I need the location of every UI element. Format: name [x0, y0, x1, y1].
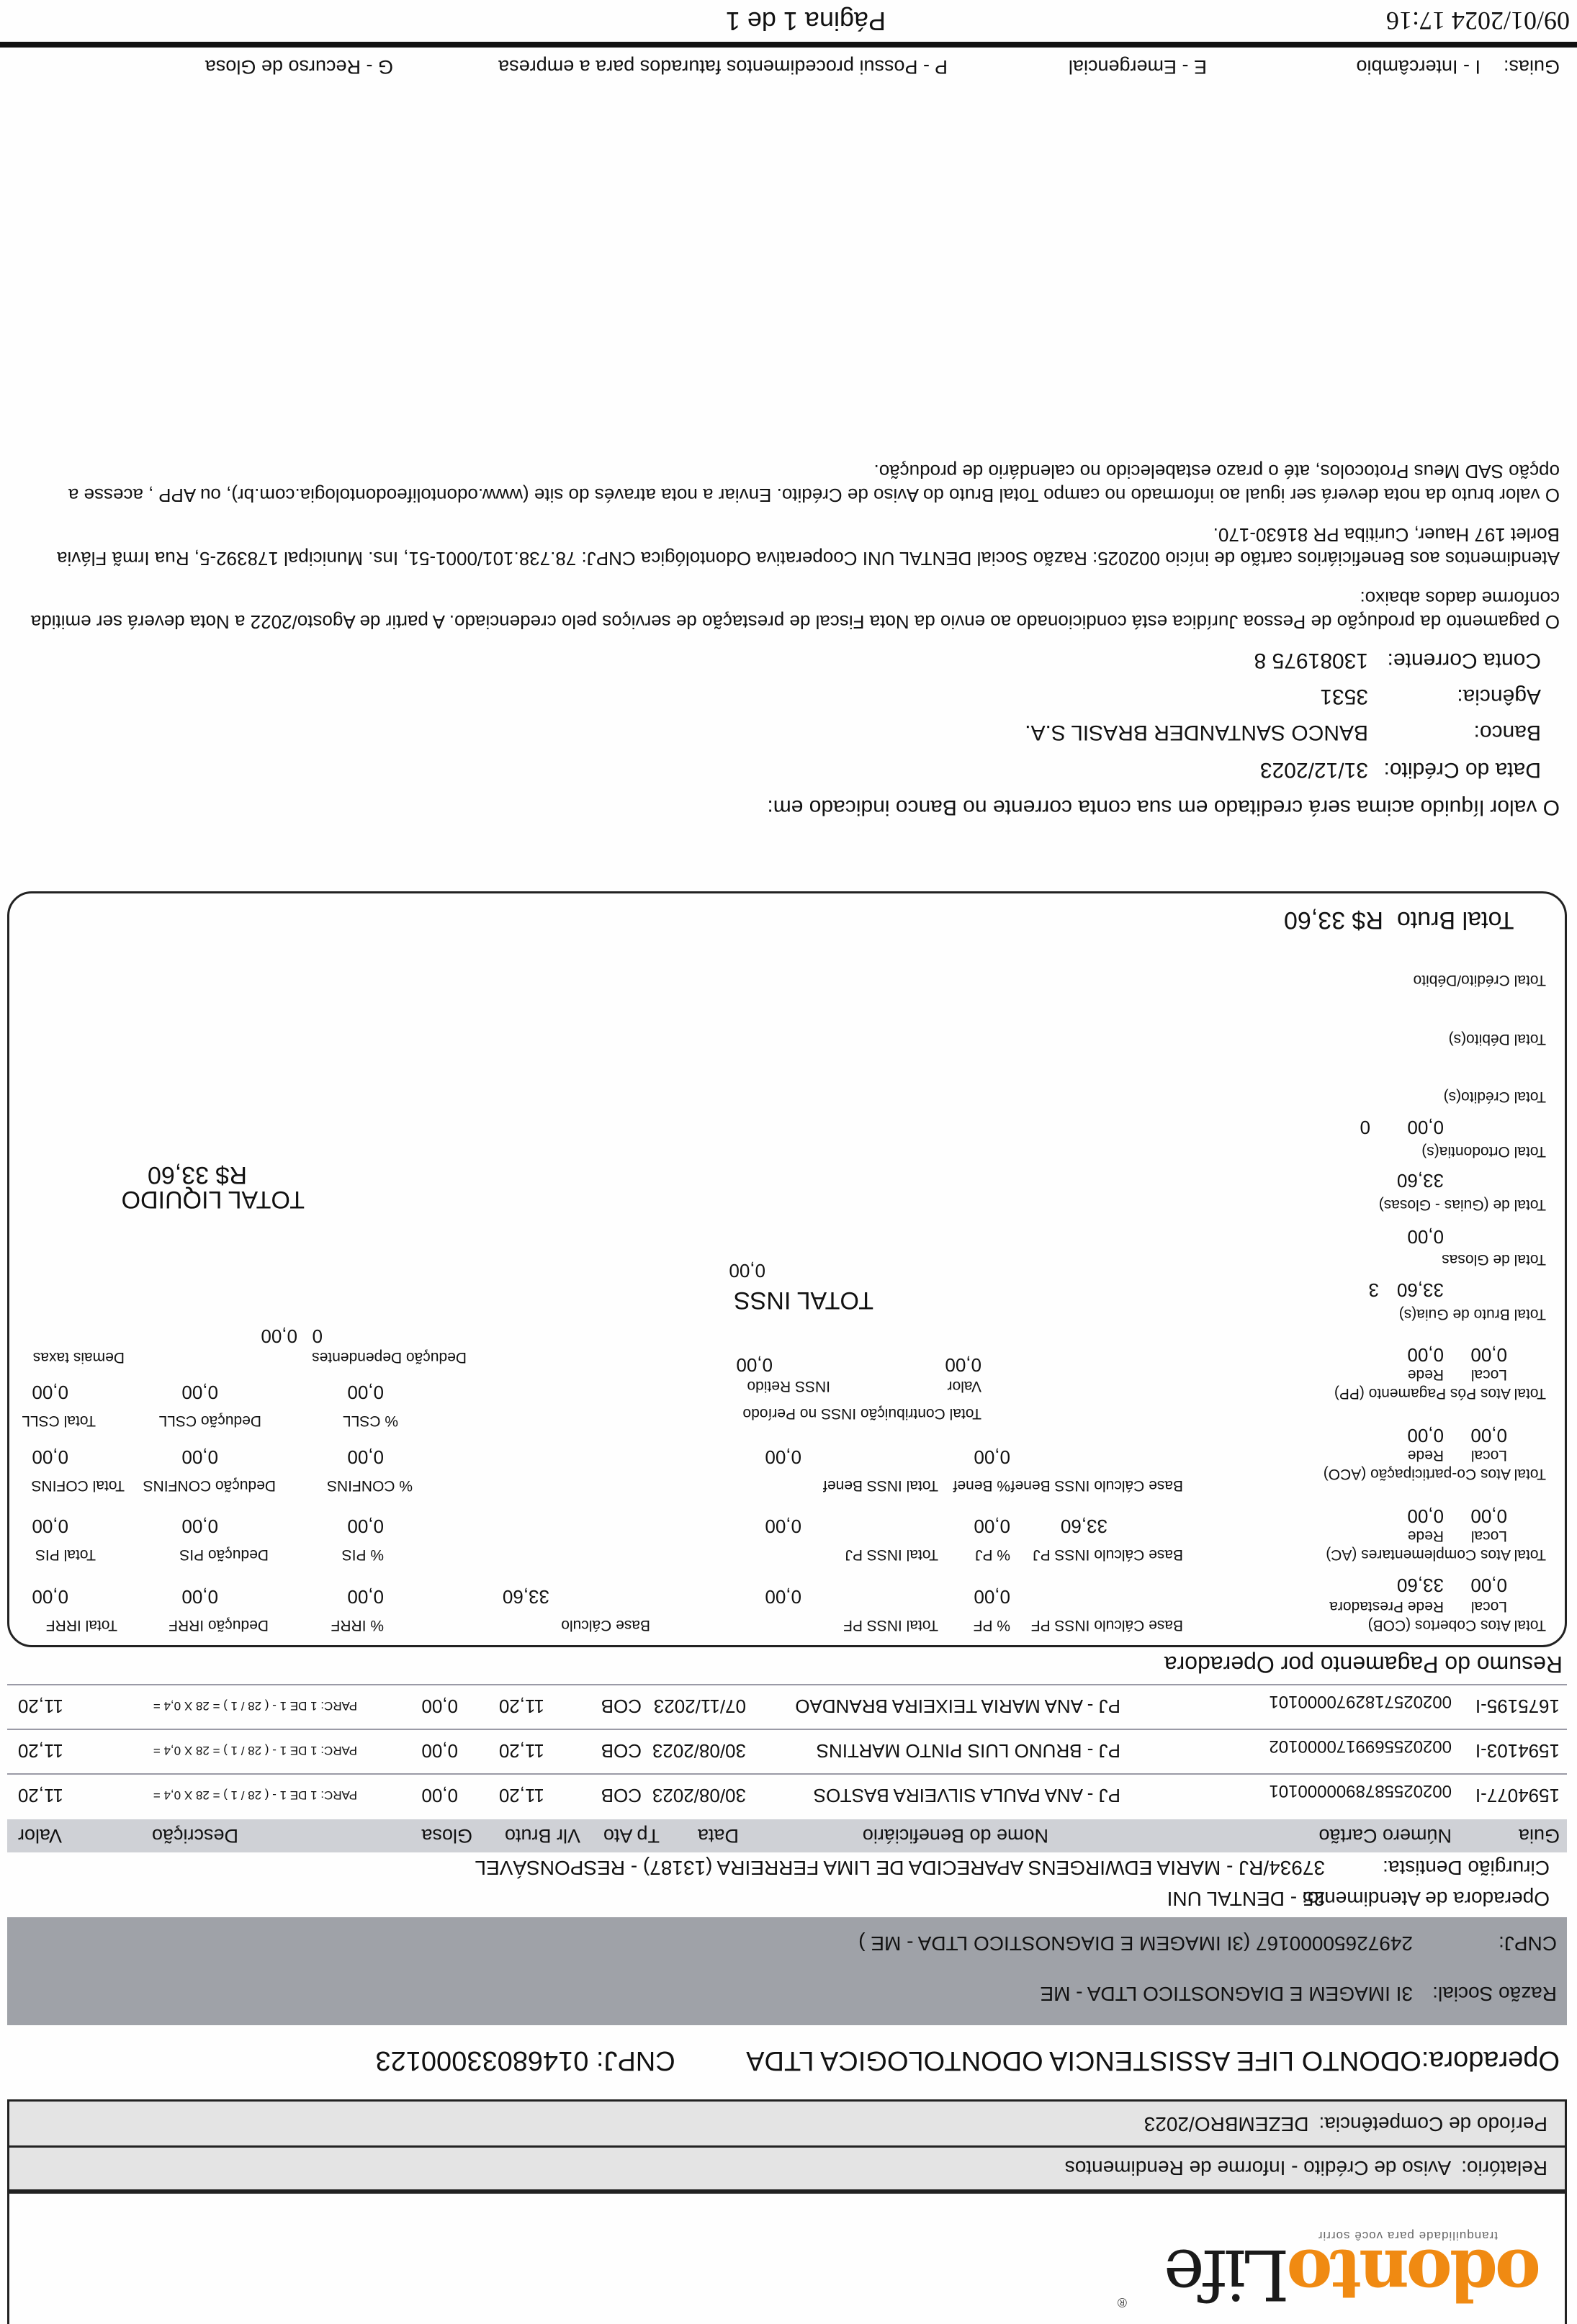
irrf-total: 0,00 [32, 1585, 68, 1608]
odontolife-logo: odontoLife ® tranquilidade para você sor… [1080, 2225, 1541, 2318]
row-glosa: 0,00 [421, 1784, 458, 1806]
row-glosa: 0,00 [421, 1695, 458, 1717]
cirurgiao-value: 37934/RJ - MARIA EDWIRGENS APARECIDA DE … [475, 1856, 1325, 1879]
row-valor: 11,20 [18, 1739, 63, 1762]
period-value: DEZEMBRO/2023 [1144, 2113, 1309, 2135]
irrf-ded: 0,00 [181, 1585, 218, 1608]
registered-icon: ® [1118, 2294, 1127, 2310]
row-valor: 11,20 [18, 1784, 63, 1806]
row-beneficiario: PJ - ANA PAULA SILVEIRA BASTOS [814, 1784, 1120, 1806]
report-label: Relatório: [1461, 2157, 1547, 2179]
csll-ded: 0,00 [181, 1381, 218, 1403]
agencia: 3531 [1320, 684, 1368, 708]
cofins-ded: 0,00 [181, 1446, 218, 1468]
provider-band: Razão Social: 3I IMAGEM E DIAGNOSTICO LT… [7, 1917, 1567, 2025]
operator-cnpj: 01468033000123 [376, 2045, 589, 2076]
inss-total-pf: 0,00 [765, 1585, 801, 1608]
creditos-label: Total Crédito(s) [1444, 1088, 1546, 1105]
provider-cnpj-value: 24972650000167 (3I IMAGEM E DIAGNOSTICO … [858, 1932, 1413, 1955]
total-inss-label: TOTAL INSS [734, 1286, 873, 1314]
cob-local-value: 0,00 [1470, 1574, 1507, 1596]
total-liquido-value: R$ 33,60 [148, 1161, 247, 1189]
glosas-value: 0,00 [1407, 1225, 1444, 1248]
ortodontia-count: 0 [1360, 1116, 1370, 1138]
row-cartao: 0020255699170000102 [1269, 1736, 1452, 1756]
row-vlr-bruto: 11,20 [499, 1695, 544, 1717]
dependentes-count: 0 [313, 1325, 323, 1347]
table-row: 1675195-I0020257182970000101PJ - ANA MAR… [7, 1684, 1567, 1729]
row-cartao: 0020255878900000101 [1269, 1780, 1452, 1801]
report-value: Aviso de Crédito - Informe de Rendimento… [1065, 2157, 1451, 2179]
col-data: Data [698, 1824, 739, 1847]
legend-intercambio: I - Intercâmbio [1356, 55, 1481, 78]
guides-table-header: Guia Número Cartão Nome do Beneficiário … [7, 1819, 1567, 1852]
report-row: Relatório:Aviso de Crédito - Informe de … [7, 2145, 1567, 2192]
debitos-label: Total Débito(s) [1449, 1030, 1546, 1048]
row-beneficiario: PJ - BRUNO LUIS PINTO MARTINS [817, 1739, 1120, 1762]
inss-pct-benef: 0,00 [974, 1446, 1010, 1468]
total-bruto-value: R$ 33,60 [1284, 906, 1383, 934]
total-inss-value: 0,00 [729, 1259, 765, 1282]
row-cartao: 0020257182970000101 [1269, 1691, 1452, 1711]
row-descricao: PARC: 1 DE 1 - ( 28 / 1 ) = 28 X 0,4 = [153, 1698, 357, 1713]
irrf-pct: 0,00 [347, 1585, 384, 1608]
row-vlr-bruto: 11,20 [499, 1784, 544, 1806]
table-row: 1594077-I0020255878900000101PJ - ANA PAU… [7, 1773, 1567, 1818]
inss-valor: 0,00 [945, 1354, 981, 1376]
notice-paragraph-3: O valor bruto da nota deverá ser igual a… [19, 459, 1560, 507]
row-tp-ato: COB [601, 1739, 642, 1762]
row-descricao: PARC: 1 DE 1 - ( 28 / 1 ) = 28 X 0,4 = [153, 1743, 357, 1757]
summary-title: Resumo do Pagamento por Operadora [1164, 1651, 1563, 1677]
legend-emergencial: E - Emergencial [1069, 55, 1207, 78]
ortodontia-label: Total Ortodontia(s) [1421, 1143, 1546, 1160]
col-vlr-bruto: Vlr Bruto [505, 1824, 580, 1847]
row-valor: 11,20 [18, 1695, 63, 1717]
razao-social-label: Razão Social: [1432, 1983, 1557, 2005]
operadora-atendimento-label: Operadora de Atendimento: [1302, 1888, 1550, 1910]
ac-rede-value: 0,00 [1407, 1505, 1444, 1527]
pis-total: 0,00 [32, 1515, 68, 1537]
print-datetime: 09/01/2024 17:16 [1386, 6, 1570, 36]
inss-pct-pj: 0,00 [974, 1515, 1010, 1537]
razao-social-value: 3I IMAGEM E DIAGNOSTICO LTDA - ME [1040, 1982, 1413, 2005]
row-guia: 1675195-I [1475, 1695, 1560, 1717]
ac-local-value: 0,00 [1470, 1505, 1507, 1527]
operator-label: Operadora: [1421, 2045, 1560, 2076]
row-data: 30/08/2023 [652, 1784, 746, 1806]
cofins-total: 0,00 [32, 1446, 68, 1468]
guias-glosas-label: Total de (Guias - Glosas) [1379, 1196, 1546, 1213]
total-liquido-label: TOTAL LIQUIDO [122, 1185, 305, 1213]
col-numero-cartao: Número Cartão [1318, 1824, 1452, 1847]
summary-box: Total Atos Cobertos (COB) Local Rede Pre… [7, 891, 1567, 1647]
operadora-atendimento-value: 25 - DENTAL UNI [1167, 1887, 1325, 1910]
aco-rede-value: 0,00 [1407, 1424, 1444, 1446]
csll-total: 0,00 [32, 1381, 68, 1403]
ortodontia-value: 0,00 [1407, 1116, 1444, 1138]
cofins-pct: 0,00 [347, 1446, 384, 1468]
row-vlr-bruto: 11,20 [499, 1739, 544, 1762]
table-row: 1594103-I0020255699170000102PJ - BRUNO L… [7, 1729, 1567, 1773]
legend-recurso-glosa: G - Recurso de Glosa [205, 55, 393, 78]
row-tp-ato: COB [601, 1784, 642, 1806]
col-beneficiario: Nome do Beneficiário [863, 1824, 1048, 1847]
inss-retido: 0,00 [736, 1354, 773, 1376]
period-row: Período de Competência:DEZEMBRO/2023 [7, 2099, 1567, 2145]
bruto-guias-count: 3 [1369, 1279, 1379, 1301]
cirurgiao-label: Cirurgião Dentista: [1383, 1857, 1550, 1879]
cob-rede-value: 33,60 [1397, 1574, 1444, 1596]
logo-wordmark: odontoLife [1167, 2234, 1541, 2315]
data-credito: 31/12/2023 [1260, 757, 1368, 782]
notice-paragraph-2: Atendimentos aos Beneficiários cartão de… [19, 523, 1560, 570]
row-data: 07/11/2023 [654, 1695, 746, 1717]
cob-label: Total Atos Cobertos (COB) [1368, 1616, 1546, 1634]
bank-name: BANCO SANTANDER BRASIL S.A. [1025, 720, 1368, 744]
operator-name: ODONTO LIFE ASSISTENCIA ODONTOLOGICA LTD… [747, 2045, 1421, 2076]
ac-label: Total Atos Complementares (AC) [1326, 1546, 1546, 1563]
dependentes-value: 0,00 [261, 1325, 297, 1347]
inss-base-pj: 33,60 [1061, 1515, 1108, 1537]
conta-corrente: 13081975 8 [1254, 648, 1369, 672]
inss-total-pj: 0,00 [765, 1515, 801, 1537]
guias-glosas-value: 33,60 [1397, 1169, 1444, 1192]
row-descricao: PARC: 1 DE 1 - ( 28 / 1 ) = 28 X 0,4 = [153, 1788, 357, 1802]
pp-local-value: 0,00 [1470, 1343, 1507, 1366]
aco-label: Total Atos Co-participação (ACO) [1324, 1465, 1546, 1482]
base-calculo-value: 33,60 [503, 1585, 549, 1608]
inss-total-benef: 0,00 [765, 1446, 801, 1468]
bruto-guias-value: 33,60 [1397, 1279, 1444, 1301]
legend-empresa: P - Possui procedimentos faturados para … [498, 55, 948, 78]
row-guia: 1594103-I [1475, 1739, 1560, 1762]
footer-divider [0, 42, 1577, 48]
pp-rede-value: 0,00 [1407, 1343, 1444, 1366]
col-valor: Valor [18, 1824, 62, 1847]
page-number: Página 1 de 1 [726, 6, 886, 36]
pp-label: Total Atos Pós Pagamento (PP) [1334, 1384, 1546, 1402]
provider-cnpj-label: CNPJ: [1499, 1932, 1557, 1955]
credit-notice-page: odontoLife ® tranquilidade para você sor… [0, 0, 1577, 2324]
notice-paragraph-1: O pagamento da produção de Pessoa Jurídi… [19, 586, 1560, 634]
pis-pct: 0,00 [347, 1515, 384, 1537]
operator-cnpj-label: CNPJ: [596, 2045, 675, 2076]
col-tp-ato: Tp Ato [603, 1824, 660, 1847]
glosas-label: Total de Glosas [1442, 1251, 1546, 1268]
col-glosa: Glosa [421, 1824, 472, 1847]
row-beneficiario: PJ - ANA MARIA TEIXEIRA BRANDAO [795, 1695, 1120, 1717]
row-data: 30/08/2023 [652, 1739, 746, 1762]
col-descricao: Descrição [152, 1824, 238, 1847]
col-guia: Guia [1519, 1824, 1560, 1847]
credito-debito-label: Total Crédito/Débito [1414, 971, 1546, 988]
row-glosa: 0,00 [421, 1739, 458, 1762]
row-guia: 1594077-I [1475, 1784, 1560, 1806]
operator-line: Operadora:ODONTO LIFE ASSISTENCIA ODONTO… [376, 2045, 1560, 2076]
bank-intro: O valor líquido acima será creditado em … [767, 795, 1560, 819]
total-bruto: Total Bruto R$ 33,60 [1284, 906, 1565, 934]
row-tp-ato: COB [601, 1695, 642, 1717]
pis-ded: 0,00 [181, 1515, 218, 1537]
inss-pct-pf: 0,00 [974, 1585, 1010, 1608]
period-label: Período de Competência: [1318, 2113, 1547, 2135]
logo-tagline: tranquilidade para você sorrir [1318, 2228, 1498, 2243]
csll-pct: 0,00 [347, 1381, 384, 1403]
aco-local-value: 0,00 [1470, 1424, 1507, 1446]
bruto-guias-label: Total Bruto de Guia(s) [1399, 1305, 1546, 1323]
